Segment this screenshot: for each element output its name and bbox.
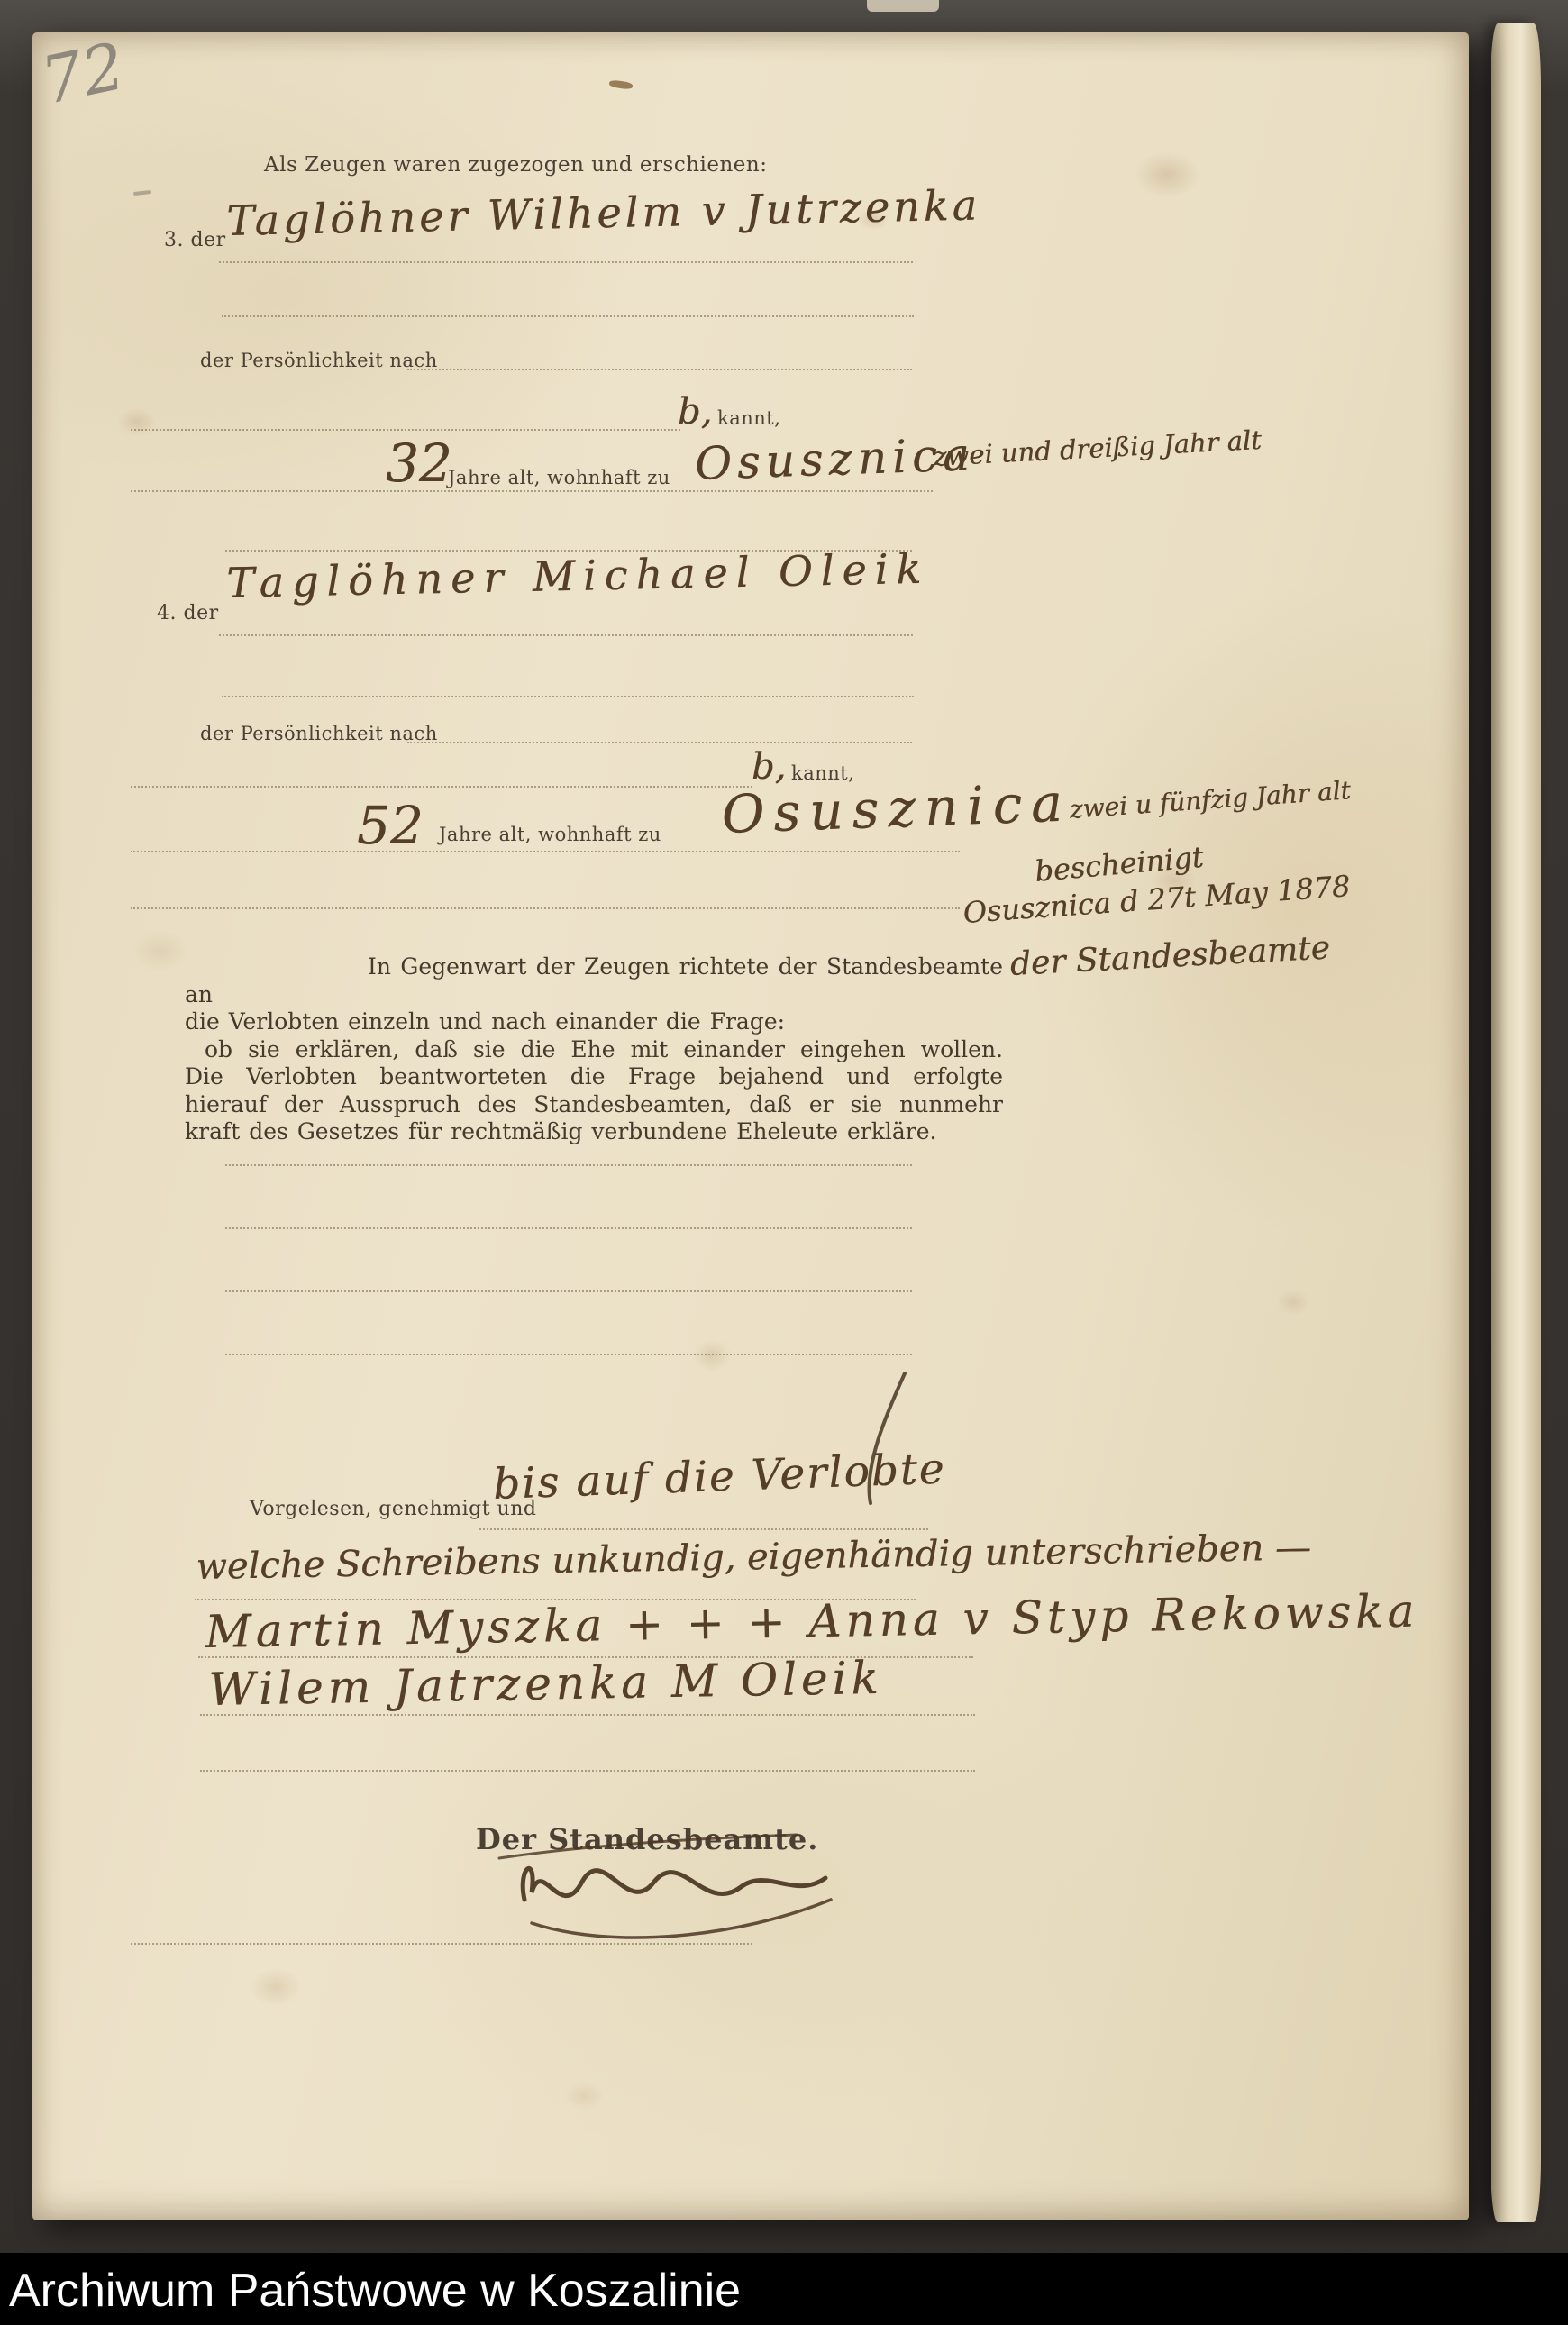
dotted-line	[225, 1354, 912, 1355]
declaration-line: hierauf der Ausspruch des Standesbeamten…	[185, 1091, 1003, 1119]
witness4-age-handwriting: 52	[357, 795, 424, 856]
declaration-paragraph: In Gegenwart der Zeugen richtete der Sta…	[185, 953, 1003, 1146]
dotted-line	[131, 490, 933, 492]
archive-footer-bar: Archiwum Państwowe w Koszalinie	[0, 2253, 1568, 2325]
witness3-known-prefix-handwriting: b,	[678, 391, 712, 433]
dotted-line	[219, 634, 913, 636]
witnesses-heading: Als Zeugen waren zugezogen und erschiene…	[264, 153, 767, 177]
dotted-line	[225, 1164, 912, 1166]
declaration-line: die Verlobten einzeln und nach einander …	[185, 1008, 1003, 1036]
dotted-line	[131, 907, 960, 909]
item3-label: 3. der	[164, 229, 226, 251]
declaration-line: Die Verlobten beantworteten die Frage be…	[185, 1063, 1003, 1091]
declaration-line: In Gegenwart der Zeugen richtete der Sta…	[185, 953, 1003, 1008]
declaration-line: kraft des Gesetzes für rechtmäßig verbun…	[185, 1118, 1003, 1146]
dotted-line	[131, 786, 752, 788]
dotted-line	[131, 851, 960, 852]
dotted-line	[222, 315, 914, 317]
registrar-signature-scrawl	[469, 1813, 847, 1966]
known-suffix-1: kannt,	[717, 407, 780, 429]
dotted-line	[200, 1770, 975, 1772]
age-residence-label-2: Jahre alt, wohnhaft zu	[439, 824, 661, 845]
backdrop-light-gap	[867, 0, 939, 12]
dotted-line	[479, 1528, 928, 1530]
witness4-residence-handwriting: Osusznica	[721, 772, 1072, 845]
dotted-line	[200, 1714, 975, 1716]
photo-backdrop: 72 Als Zeugen waren zugezogen und erschi…	[0, 0, 1568, 2325]
dotted-line	[225, 1227, 912, 1229]
dotted-line	[219, 261, 913, 263]
identity-label-1: der Persönlichkeit nach	[200, 350, 438, 371]
dotted-line	[131, 429, 680, 431]
declaration-line: ob sie erklären, daß sie die Ehe mit ein…	[185, 1036, 1003, 1064]
dotted-line	[222, 696, 914, 697]
dotted-line	[407, 742, 912, 743]
archive-footer-text: Archiwum Państwowe w Koszalinie	[9, 2264, 741, 2318]
dotted-line	[225, 1290, 912, 1292]
identity-label-2: der Persönlichkeit nach	[200, 723, 438, 744]
item4-label: 4. der	[157, 602, 219, 625]
facing-page-edge	[1491, 23, 1541, 2222]
age-residence-label-1: Jahre alt, wohnhaft zu	[448, 467, 670, 488]
witness3-age-handwriting: 32	[386, 433, 452, 494]
dotted-line	[407, 369, 912, 370]
